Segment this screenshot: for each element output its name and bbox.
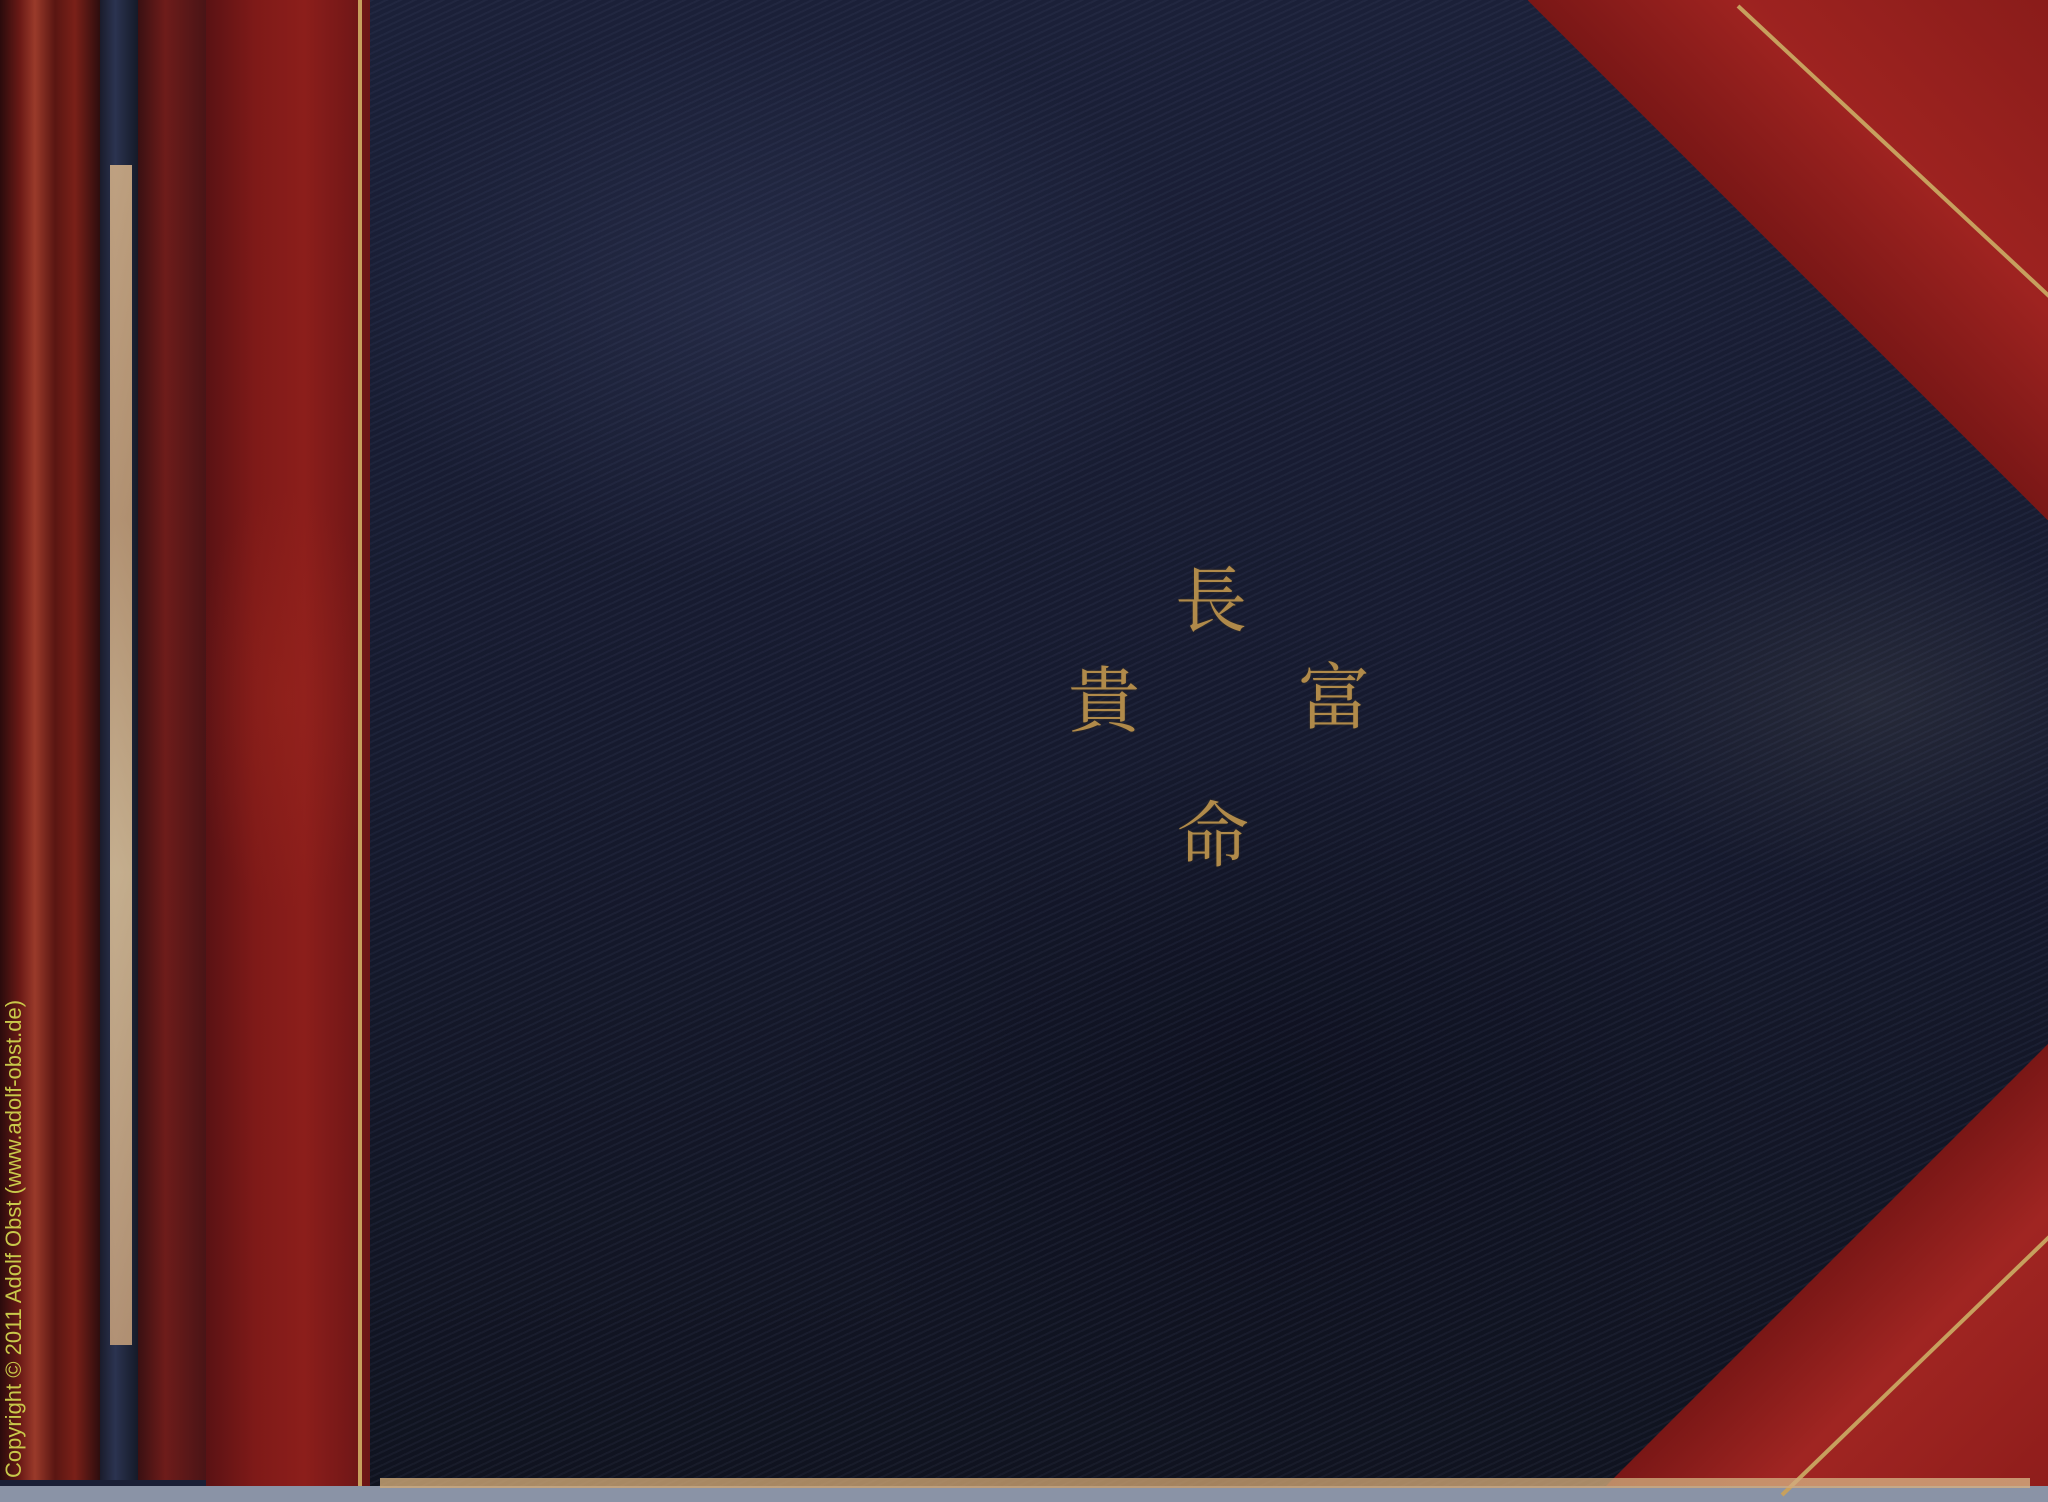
book-cover: 長 富 命 貴 <box>0 0 2048 1486</box>
exposed-paper-strip <box>110 165 132 1345</box>
gilt-fillet-vertical <box>358 0 362 1486</box>
gold-character-bottom: 命 <box>1177 800 1249 872</box>
leather-hinge <box>138 0 206 1480</box>
leather-band <box>206 0 370 1486</box>
gold-character-left: 貴 <box>1068 665 1140 737</box>
copyright-watermark: Copyright © 2011 Adolf Obst (www.adolf-o… <box>3 1000 25 1478</box>
leather-corner-top-right <box>1528 0 2048 520</box>
leather-corner-bottom-right <box>1588 1026 2048 1486</box>
gold-character-top: 長 <box>1175 565 1247 637</box>
page-edge <box>380 1478 2030 1488</box>
gold-character-right: 富 <box>1298 662 1370 734</box>
